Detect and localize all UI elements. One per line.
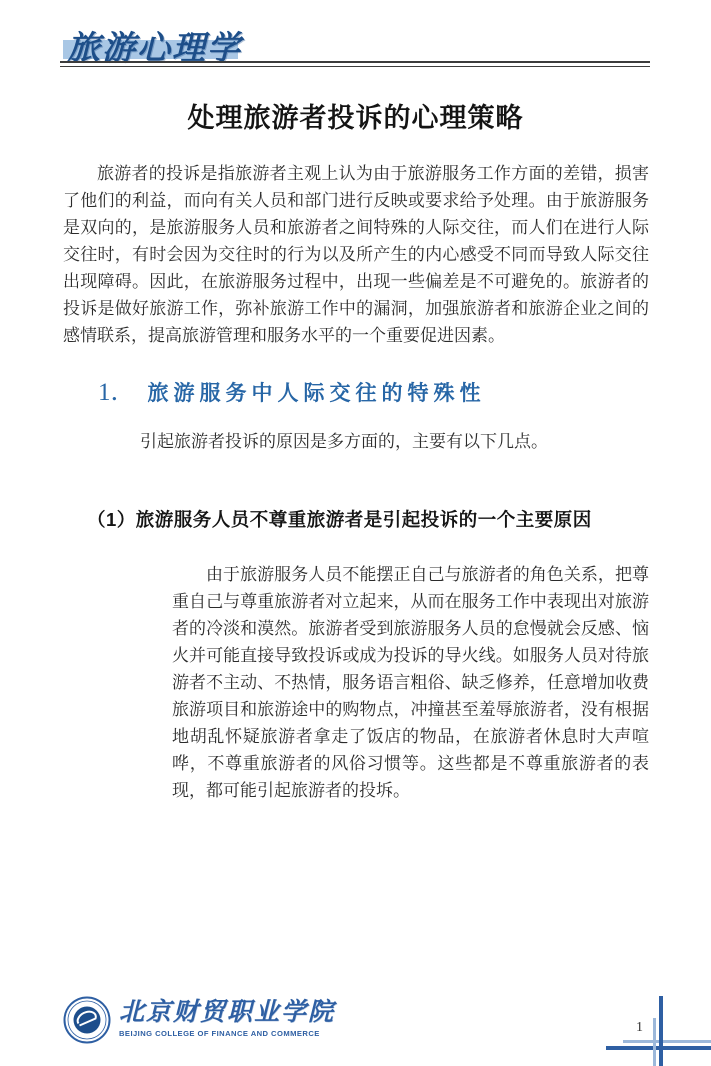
college-name-zh: 北京财贸职业学院 [119,996,335,1028]
footer-line-horizontal-light [623,1040,711,1043]
college-emblem-icon [63,996,119,1049]
footer-line-vertical-light [653,1018,656,1066]
section-lead-sentence: 引起旅游者投诉的原因是多方面的，主要有以下几点。 [140,428,620,455]
page-title: 处理旅游者投诉的心理策略 [0,96,711,135]
document-page: 旅游心理学 处理旅游者投诉的心理策略 旅游者的投诉是指旅游者主观上认为由于旅游服… [0,0,711,1066]
subsection-heading: （1）旅游服务人员不尊重旅游者是引起投诉的一个主要原因 [87,506,657,532]
section-title: 旅游服务中人际交往的特殊性 [148,382,486,405]
college-name-block: 北京财贸职业学院 BEIJING COLLEGE OF FINANCE AND … [119,996,335,1038]
section-number: 1． [98,379,136,406]
college-name-en: BEIJING COLLEGE OF FINANCE AND COMMERCE [119,1029,335,1038]
subsection-paragraph: 由于旅游服务人员不能摆正自己与旅游者的角色关系，把尊重自己与尊重旅游者对立起来，… [172,561,649,804]
section-heading: 1．旅游服务中人际交往的特殊性 [98,372,486,408]
header-double-rule [60,61,650,67]
intro-paragraph: 旅游者的投诉是指旅游者主观上认为由于旅游服务工作方面的差错，损害了他们的利益，而… [63,160,649,349]
college-logo: 北京财贸职业学院 BEIJING COLLEGE OF FINANCE AND … [63,996,335,1049]
page-number: 1 [636,1020,643,1036]
footer-line-vertical-dark [659,996,663,1066]
